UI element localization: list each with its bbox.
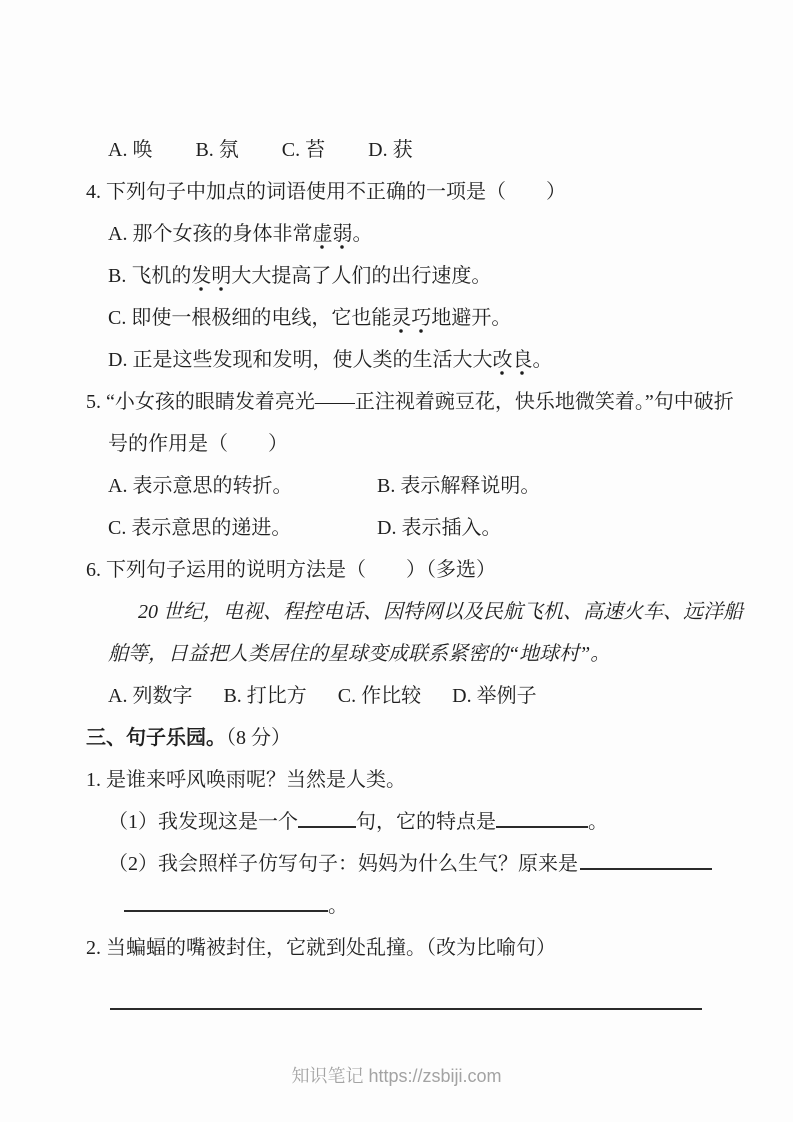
s3q1-sub1-mid: 句，它的特点是 bbox=[356, 811, 496, 833]
q4-option-c: C. 即使一根极细的电线，它也能灵巧地避开。 bbox=[0, 297, 793, 339]
answer-blank bbox=[496, 823, 588, 828]
q6-option-d: D. 举例子 bbox=[452, 685, 536, 707]
q3-option-c: C. 苔 bbox=[282, 139, 325, 161]
q5-option-a: A. 表示意思的转折。 bbox=[108, 465, 377, 507]
q6-passage-line1: 20 世纪，电视、程控电话、因特网以及民航飞机、高速火车、远洋船 bbox=[0, 591, 793, 633]
s3q1-stem: 1. 是谁来呼风唤雨呢？当然是人类。 bbox=[0, 759, 793, 801]
q5-option-c: C. 表示意思的递进。 bbox=[108, 507, 377, 549]
q4-option-a-tail: 。 bbox=[352, 223, 372, 245]
s3q1-sub2-continuation: 。 bbox=[0, 885, 793, 927]
q5-stem-line1: 5. “小女孩的眼睛发着亮光——正注视着豌豆花，快乐地微笑着。”句中破折 bbox=[0, 381, 793, 423]
q4-option-b-text: B. 飞机的 bbox=[108, 265, 191, 287]
answer-blank bbox=[298, 823, 356, 828]
emphasized-word: 改良 bbox=[492, 349, 532, 376]
emphasized-word: 虚弱 bbox=[312, 223, 352, 250]
q4-option-d-text: D. 正是这些发现和发明，使人类的生活大大 bbox=[108, 349, 492, 371]
q6-option-b: B. 打比方 bbox=[223, 685, 306, 707]
answer-blank bbox=[124, 907, 328, 912]
q6-option-a: A. 列数字 bbox=[108, 685, 192, 707]
q3-option-b: B. 氛 bbox=[195, 139, 238, 161]
s3q1-sub2-period: 。 bbox=[328, 895, 348, 917]
q5-option-d: D. 表示插入。 bbox=[377, 517, 501, 539]
section3-title: 三、句子乐园。 bbox=[86, 727, 226, 749]
q4-option-c-tail: 地避开。 bbox=[431, 307, 511, 329]
q5-options-row2: C. 表示意思的递进。D. 表示插入。 bbox=[0, 507, 793, 549]
answer-blank bbox=[580, 865, 712, 870]
q4-stem: 4. 下列句子中加点的词语使用不正确的一项是（ ） bbox=[0, 171, 793, 213]
q3-option-d: D. 获 bbox=[368, 139, 412, 161]
s3q1-sub2-pre: （2）我会照样子仿写句子：妈妈为什么生气？原来是 bbox=[108, 843, 578, 885]
section3-heading: 三、句子乐园。（8 分） bbox=[0, 717, 793, 759]
q3-option-a: A. 唤 bbox=[108, 139, 152, 161]
s3q1-sub2: （2）我会照样子仿写句子：妈妈为什么生气？原来是 bbox=[0, 843, 793, 885]
q6-passage-line2: 舶等，日益把人类居住的星球变成联系紧密的“地球村”。 bbox=[0, 633, 793, 675]
footer-watermark: 知识笔记 https://zsbiji.com bbox=[0, 1062, 793, 1090]
q5-options-row1: A. 表示意思的转折。B. 表示解释说明。 bbox=[0, 465, 793, 507]
q5-option-b: B. 表示解释说明。 bbox=[377, 475, 540, 497]
section3-score: （8 分） bbox=[226, 727, 291, 749]
q6-option-c: C. 作比较 bbox=[338, 685, 421, 707]
q6-stem: 6. 下列句子运用的说明方法是（ ）（多选） bbox=[0, 549, 793, 591]
paper-content: A. 唤 B. 氛 C. 苔 D. 获 4. 下列句子中加点的词语使用不正确的一… bbox=[0, 0, 793, 1025]
q4-option-d-tail: 。 bbox=[532, 349, 552, 371]
s3q2-answer-line bbox=[0, 983, 793, 1025]
s3q1-sub1-pre: （1）我发现这是一个 bbox=[108, 811, 298, 833]
q6-options-row: A. 列数字 B. 打比方 C. 作比较 D. 举例子 bbox=[0, 675, 793, 717]
q5-stem-line2: 号的作用是（ ） bbox=[0, 423, 793, 465]
test-paper-page: A. 唤 B. 氛 C. 苔 D. 获 4. 下列句子中加点的词语使用不正确的一… bbox=[0, 0, 793, 1122]
q3-options-row: A. 唤 B. 氛 C. 苔 D. 获 bbox=[0, 129, 793, 171]
q4-option-c-text: C. 即使一根极细的电线，它也能 bbox=[108, 307, 391, 329]
q4-option-b-tail: 大大提高了人们的出行速度。 bbox=[231, 265, 491, 287]
s3q1-sub1-post: 。 bbox=[588, 811, 608, 833]
q4-option-b: B. 飞机的发明大大提高了人们的出行速度。 bbox=[0, 255, 793, 297]
emphasized-word: 灵巧 bbox=[391, 307, 431, 334]
emphasized-word: 发明 bbox=[191, 265, 231, 292]
answer-blank bbox=[110, 1005, 702, 1010]
q4-option-a-text: A. 那个女孩的身体非常 bbox=[108, 223, 312, 245]
s3q2-stem: 2. 当蝙蝠的嘴被封住，它就到处乱撞。（改为比喻句） bbox=[0, 927, 793, 969]
s3q1-sub1: （1）我发现这是一个句，它的特点是。 bbox=[0, 801, 793, 843]
q4-option-d: D. 正是这些发现和发明，使人类的生活大大改良。 bbox=[0, 339, 793, 381]
q4-option-a: A. 那个女孩的身体非常虚弱。 bbox=[0, 213, 793, 255]
